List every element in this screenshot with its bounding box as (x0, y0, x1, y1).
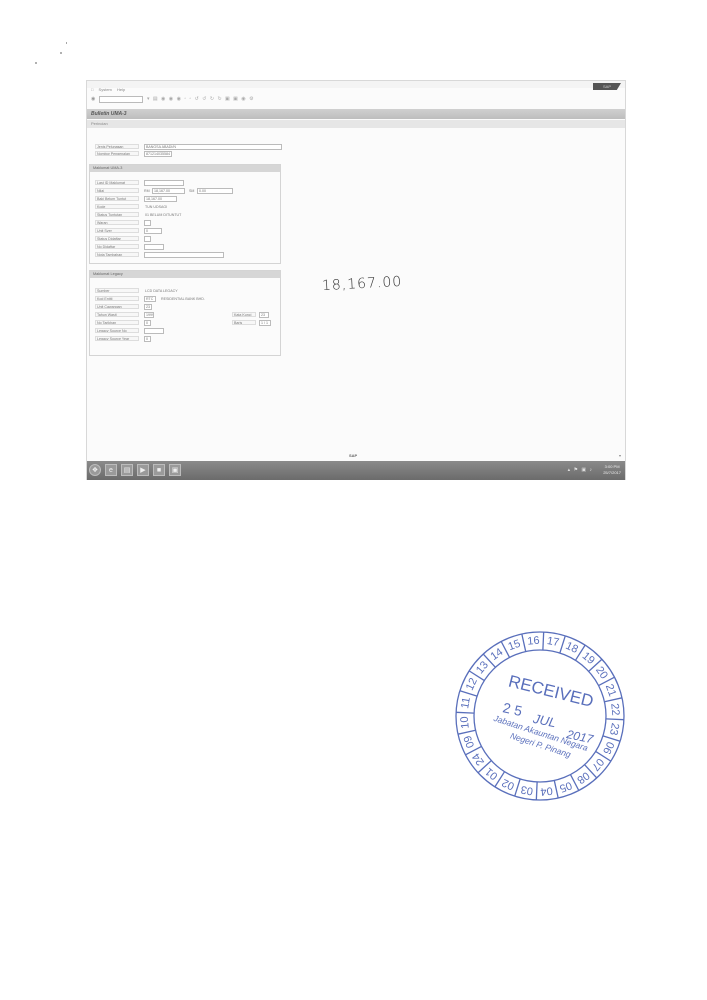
svg-text:05: 05 (558, 779, 574, 794)
field-row: Jenis Pelunasan BANGSA ABADI/N (87, 144, 287, 150)
svg-text:09: 09 (462, 734, 477, 750)
status-didaftar-field[interactable] (144, 236, 151, 242)
menu-icon[interactable]: □ (91, 87, 93, 92)
group-header: Maklumat UMA-3 (90, 165, 280, 172)
svg-text:17: 17 (546, 635, 560, 649)
field-label: Nombor Pengenalan (95, 151, 139, 156)
no-tarikhan-field[interactable]: 0 (144, 320, 151, 326)
details-button[interactable]: Perincian (91, 121, 108, 126)
currency-label: RM (144, 188, 150, 194)
svg-text:03: 03 (520, 783, 534, 797)
svg-text:18: 18 (564, 640, 580, 656)
field-label: Waran (95, 220, 139, 225)
find-icon[interactable]: ▫ (190, 96, 193, 102)
clock[interactable]: 3:00 PM 25/7/2017 (603, 464, 621, 476)
field-label: Kata Kunci (232, 312, 256, 317)
svg-text:12: 12 (464, 676, 480, 692)
no-didaftar-field[interactable] (144, 244, 164, 250)
svg-text:23: 23 (607, 722, 621, 736)
field-label: Kod Entiti (95, 296, 139, 301)
field-label: Nota Tambahan (95, 252, 139, 257)
screen-title-bar: Bulletin UMA-3 (87, 109, 625, 119)
field-row: Kod Entiti RTC RESIDENTIAL BANK BHD. (87, 296, 287, 302)
svg-text:24: 24 (470, 751, 487, 768)
clock-date: 25/7/2017 (603, 470, 621, 476)
status-tuntutan-value: 01 BELUM DITUNTUT (145, 212, 181, 218)
kod-entiti-field[interactable]: RTC (144, 296, 156, 302)
field-label: Sumber (95, 288, 139, 293)
prev-page-icon[interactable]: ↺ (202, 96, 207, 102)
nilai-field[interactable]: 18,167.00 (152, 188, 185, 194)
dropdown-icon[interactable]: ▾ (147, 96, 151, 102)
scan-speck (35, 62, 37, 64)
start-button[interactable]: ❖ (89, 464, 101, 476)
sap-logon-icon[interactable]: ■ (153, 464, 165, 476)
group-header: Maklumat Legacy (90, 271, 280, 278)
cancel-icon[interactable]: ◉ (177, 96, 182, 102)
field-row: Sumber LCD DATA LEGACY (87, 288, 287, 294)
waran-checkbox[interactable] (144, 220, 151, 226)
field-label: Legacy Source No (95, 328, 139, 333)
enter-icon[interactable]: ◉ (91, 94, 95, 104)
field-label: Kode (95, 204, 139, 209)
svg-text:15: 15 (507, 638, 523, 653)
svg-text:06: 06 (600, 740, 616, 756)
settings-icon[interactable]: ⚙ (249, 96, 254, 102)
svg-text:14: 14 (488, 646, 505, 663)
jenis-pelunasan-field[interactable]: BANGSA ABADI/N (144, 144, 282, 150)
sm-field[interactable]: 0.00 (197, 188, 233, 194)
windows-taskbar: ❖ e ▤ ▶ ■ ▣ ▴ ⚑ ▣ ♪ 3:00 PM 25/7/2017 (87, 461, 625, 480)
field-row: No Tarikhan 0 Baris 1 / 1 (87, 320, 287, 326)
window-titlebar: SAP (87, 81, 625, 88)
field-row: Nombor Pengenalan 871214035584 (87, 151, 287, 157)
sumber-value: LCD DATA LEGACY (145, 288, 178, 294)
toolbar-icons: ▾ ▤ ◉ ◉ ◉ ▫ ▫ ↺ ↺ ↻ ↻ ▣ ▣ ◉ ⚙ (147, 94, 255, 104)
baris-field[interactable]: 1 / 1 (259, 320, 271, 326)
explorer-icon[interactable]: ▤ (121, 464, 133, 476)
unit-cawangan-field[interactable]: 23 (144, 304, 152, 310)
application-toolbar: Perincian (87, 120, 625, 128)
sap-gui-icon[interactable]: ▣ (169, 464, 181, 476)
kod-entiti-desc: RESIDENTIAL BANK BHD. (161, 296, 205, 302)
field-label: Status Didaftar (95, 236, 139, 241)
shortcut-icon[interactable]: ▣ (233, 96, 239, 102)
help-icon[interactable]: ◉ (241, 96, 246, 102)
svg-text:08: 08 (575, 769, 592, 786)
field-label: Status Tuntutan (95, 212, 139, 217)
exit-icon[interactable]: ◉ (169, 96, 174, 102)
field-label: No Didaftar (95, 244, 139, 249)
svg-text:02: 02 (500, 776, 516, 792)
save-icon[interactable]: ▤ (153, 96, 159, 102)
status-bar-resize-icon[interactable]: ▾ (619, 453, 621, 458)
menu-system[interactable]: System (99, 87, 112, 92)
field-label: Jenis Pelunasan (95, 144, 139, 149)
legacy-source-no-field[interactable] (144, 328, 164, 334)
svg-text:21: 21 (603, 683, 618, 699)
field-label: Nilai (95, 188, 139, 193)
svg-text:16: 16 (527, 635, 540, 648)
next-page-icon[interactable]: ↻ (210, 96, 215, 102)
svg-text:22: 22 (608, 703, 621, 716)
tahun-wasit-field[interactable]: 1999 (144, 312, 154, 318)
received-stamp: 0910111213141516171819202122230607080504… (452, 628, 628, 804)
sm-label: SM (189, 188, 194, 194)
last-page-icon[interactable]: ↻ (217, 96, 222, 102)
svg-text:20: 20 (593, 664, 610, 681)
screen-title: Bulletin UMA-3 (87, 109, 625, 119)
svg-text:04: 04 (540, 784, 553, 797)
back-icon[interactable]: ◉ (161, 96, 166, 102)
menu-help[interactable]: Help (117, 87, 125, 92)
standard-toolbar: ◉ ▾ ▤ ◉ ◉ ◉ ▫ ▫ ↺ ↺ ↻ ↻ ▣ ▣ ◉ ⚙ (87, 94, 625, 104)
scan-speck (60, 52, 62, 54)
sap-logo: SAP (593, 83, 621, 90)
kode-value: TUN UDSAGI (145, 204, 167, 210)
scan-speck (66, 42, 67, 44)
field-label: Tahun Wasit (95, 312, 139, 317)
command-field[interactable] (99, 96, 143, 103)
field-label: Unit Syer (95, 228, 139, 233)
svg-text:10: 10 (459, 716, 472, 729)
field-row: Tahun Wasit 1999 Kata Kunci 23 (87, 312, 287, 318)
field-label: Baki Belum Tuntut (95, 196, 139, 201)
menu-bar: □ System Help (87, 86, 125, 94)
first-page-icon[interactable]: ↺ (195, 96, 200, 102)
field-label: Baris (232, 320, 256, 325)
kata-kunci-field[interactable]: 23 (259, 312, 269, 318)
new-session-icon[interactable]: ▣ (225, 96, 231, 102)
print-icon[interactable]: ▫ (184, 96, 187, 102)
field-label: No Tarikhan (95, 320, 139, 325)
baki-belum-tuntut-field[interactable]: 18,167.00 (144, 196, 177, 202)
last-id-field[interactable] (144, 180, 184, 186)
svg-text:11: 11 (459, 696, 473, 709)
media-player-icon[interactable]: ▶ (137, 464, 149, 476)
system-tray[interactable]: ▴ ⚑ ▣ ♪ (568, 467, 593, 473)
field-row: Nilai RM 18,167.00 SM 0.00 (87, 188, 287, 194)
status-bar-sap-logo: SAP (349, 453, 357, 458)
field-label: Unit Cawangan (95, 304, 139, 309)
unit-syer-field[interactable]: 0 (144, 228, 162, 234)
ie-icon[interactable]: e (105, 464, 117, 476)
nota-tambahan-field[interactable] (144, 252, 224, 258)
form-content: Jenis Pelunasan BANGSA ABADI/N Nombor Pe… (87, 128, 287, 478)
nombor-pengenalan-field[interactable]: 871214035584 (144, 151, 172, 157)
field-label: Legacy Source Year (95, 336, 139, 341)
legacy-source-year-field[interactable]: 0 (144, 336, 151, 342)
field-label: Last ID Maklumat (95, 180, 139, 185)
